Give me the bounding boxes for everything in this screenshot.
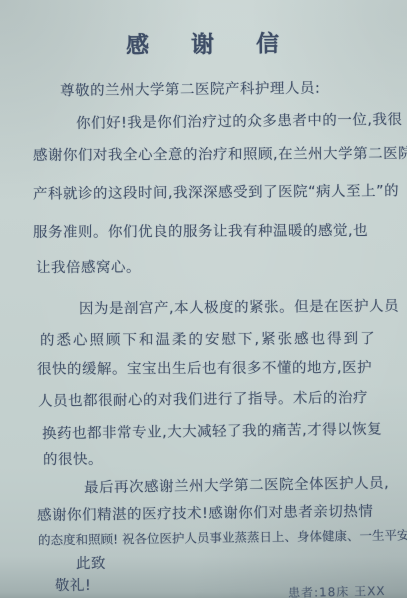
letter-line: 的态度和照顾! 祝各位医护人员事业蒸蒸日上、身体健康、一生平安!: [38, 525, 407, 548]
letter-closing-salute: 敬礼!: [55, 574, 91, 595]
letter-line: 的悉心照顾下和温柔的安慰下,紧张感也得到了: [40, 327, 377, 350]
letter-line: 产科就诊的这段时间,我深深感受到了医院“病人至上”的: [33, 179, 399, 203]
letter-line: 很快的缓解。宝宝出生后也有很多不懂的地方,医护: [37, 356, 372, 379]
letter-line: 换药也都非常专业,大大减轻了我的痛苦,才得以恢复: [42, 418, 382, 444]
letter-signature: 患者:18床 王XX: [288, 582, 386, 598]
letter-closing-respectfully: 此致: [76, 552, 106, 573]
letter-line: 感谢你们对我全心全意的治疗和照顾,在兰州大学第二医院: [33, 142, 407, 165]
letter-line: 人员也都很耐心的对我们进行了指导。术后的治疗: [38, 386, 368, 410]
letter-salutation: 尊敬的兰州大学第二医院产科护理人员:: [60, 77, 321, 101]
letter-paper: 感 谢 信 尊敬的兰州大学第二医院产科护理人员: 你们好!我是你们治疗过的众多患…: [0, 0, 407, 598]
letter-line: 你们好!我是你们治疗过的众多患者中的一位,我很: [76, 108, 403, 133]
letter-line: 的很快。: [43, 448, 103, 469]
letter-title: 感 谢 信: [126, 25, 296, 60]
letter-line: 因为是剖宫产,本人极度的紧张。但是在医护人员: [79, 295, 399, 319]
letter-line: 感谢你们精湛的医疗技术!感谢你们对患者亲切热情: [37, 500, 374, 525]
letter-line: 最后再次感谢兰州大学第二医院全体医护人员,: [84, 472, 389, 498]
letter-line: 服务准则。你们优良的服务让我有种温暖的感觉,也: [33, 219, 368, 242]
letter-line: 让我倍感窝心。: [36, 256, 141, 278]
